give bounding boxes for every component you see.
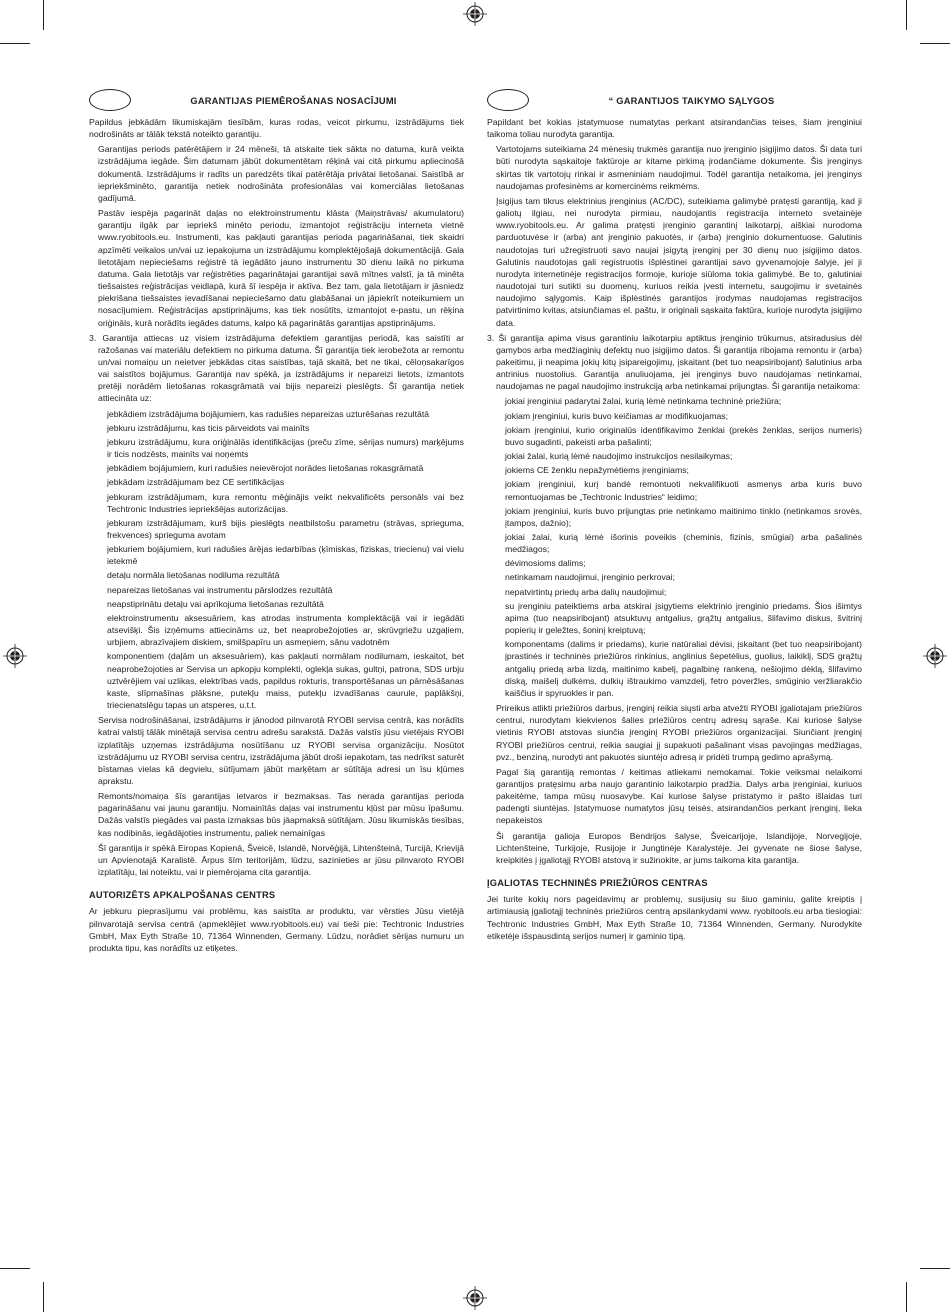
intro-paragraph: Papildant bet kokias įstatymuose numatyt… <box>487 116 862 140</box>
list-item: jokiam įrenginiui, kuris buvo keičiamas … <box>505 410 862 422</box>
repair-paragraph: Remonts/nomaiņa šīs garantijas ietvaros … <box>89 790 464 839</box>
service-center-text: Jei turite kokių nors pageidavimų ar pro… <box>487 893 862 942</box>
territory-paragraph: Šī garantija ir spēkā Eiropas Kopienā, Š… <box>89 842 464 878</box>
registration-target-icon <box>923 644 947 668</box>
list-item: nepatvirtintų priedų arba dalių naudojim… <box>505 586 862 598</box>
warranty-period-paragraph: Vartotojams suteikiama 24 mėnesių trukmė… <box>487 143 862 192</box>
section-title: “ GARANTIJOS TAIKYMO SĄLYGOS <box>487 95 862 107</box>
crop-mark-top-right-horizontal <box>920 43 950 44</box>
intro-paragraph: Papildus jebkādām likumiskajām tiesībām,… <box>89 116 464 140</box>
list-item: jebkādiem izstrādājuma bojājumiem, kas r… <box>107 408 464 420</box>
section-header: “ GARANTIJOS TAIKYMO SĄLYGOS <box>487 88 862 112</box>
list-item: dėvimosioms dalims; <box>505 557 862 569</box>
list-item: elektroinstrumentu aksesuāriem, kas atro… <box>107 612 464 648</box>
list-item: komponentiem (daļām un aksesuāriem), kas… <box>107 650 464 711</box>
list-item: komponentams (dalims ir priedams), kurie… <box>505 638 862 699</box>
warranty-period-paragraph: Garantijas periods patērētājiem ir 24 mē… <box>89 143 464 204</box>
crop-mark-bottom-left-horizontal <box>0 1268 30 1269</box>
service-center-heading: ĮGALIOTAS TECHNINĖS PRIEŽIŪROS CENTRAS <box>487 877 862 889</box>
crop-mark-top-right-vertical <box>906 0 907 30</box>
list-item: jebkuru izstrādājumu, kas ticis pārveido… <box>107 422 464 434</box>
list-item: su įrenginiu pateiktiems arba atskirai į… <box>505 600 862 636</box>
list-item: jebkādam izstrādājumam bez CE sertifikāc… <box>107 476 464 488</box>
registration-target-icon <box>463 2 487 26</box>
territory-paragraph: Ši garantija galioja Europos Bendrijos š… <box>487 830 862 866</box>
list-item: netinkamam naudojimui, įrenginio perkrov… <box>505 571 862 583</box>
list-item: jokiai įrenginiui padarytai žalai, kurią… <box>505 395 862 407</box>
list-item: neapstiprinātu detaļu vai aprīkojuma lie… <box>107 598 464 610</box>
registration-target-icon <box>3 644 27 668</box>
list-item: jokiai žalai, kurią lėmė naudojimo instr… <box>505 450 862 462</box>
service-paragraph: Servisa nodrošināšanai, izstrādājums ir … <box>89 714 464 787</box>
extended-warranty-paragraph: Įsigijus tam tikrus elektrinius įrengini… <box>487 195 862 329</box>
service-paragraph: Prireikus atlikti priežiūros darbus, įre… <box>487 702 862 763</box>
repair-paragraph: Pagal šią garantiją remontas / keitimas … <box>487 766 862 827</box>
list-item: jebkuriem bojājumiem, kuri radušies ārēj… <box>107 543 464 567</box>
crop-mark-bottom-right-horizontal <box>920 1268 950 1269</box>
list-item: jokiam įrenginiui, kurio originalūs iden… <box>505 424 862 448</box>
crop-mark-bottom-left-vertical <box>43 1282 44 1312</box>
crop-mark-top-left-vertical <box>43 0 44 30</box>
list-item: jokiam įrenginiui, kuris buvo prijungtas… <box>505 505 862 529</box>
column-lithuanian: “ GARANTIJOS TAIKYMO SĄLYGOS Papildant b… <box>487 88 862 945</box>
list-item: jebkuram izstrādājumam, kura remontu mēģ… <box>107 491 464 515</box>
column-latvian: GARANTIJAS PIEMĒROŠANAS NOSACĪJUMI Papil… <box>89 88 464 957</box>
section-title: GARANTIJAS PIEMĒROŠANAS NOSACĪJUMI <box>89 95 464 107</box>
list-item: jebkuru izstrādājumu, kura oriģinālās id… <box>107 436 464 460</box>
exclusions-list: jebkādiem izstrādājuma bojājumiem, kas r… <box>89 408 464 712</box>
list-item: jokiems CE ženklu nepažymėtiems įrengini… <box>505 464 862 476</box>
list-item: jebkuram izstrādājumam, kurš bijis piesl… <box>107 517 464 541</box>
section-header: GARANTIJAS PIEMĒROŠANAS NOSACĪJUMI <box>89 88 464 112</box>
list-item: detaļu normāla lietošanas nodiluma rezul… <box>107 569 464 581</box>
exclusions-list: jokiai įrenginiui padarytai žalai, kurią… <box>487 395 862 699</box>
service-center-heading: AUTORIZĒTS APKALPOŠANAS CENTRS <box>89 889 464 901</box>
extended-warranty-paragraph: Pastāv iespēja pagarināt daļas no elektr… <box>89 207 464 329</box>
coverage-paragraph: 3. Garantija attiecas uz visiem izstrādā… <box>89 332 464 405</box>
crop-mark-bottom-right-vertical <box>906 1282 907 1312</box>
list-item: nepareizas lietošanas vai instrumentu pā… <box>107 584 464 596</box>
service-center-text: Ar jebkuru pieprasījumu vai problēmu, ka… <box>89 905 464 954</box>
registration-target-icon <box>463 1286 487 1310</box>
list-item: jebkādiem bojājumiem, kuri radušies neie… <box>107 462 464 474</box>
crop-mark-top-left-horizontal <box>0 43 30 44</box>
coverage-paragraph: 3. Ši garantija apima visus garantiniu l… <box>487 332 862 393</box>
list-item: jokiai žalai, kurią lėmė išorinis poveik… <box>505 531 862 555</box>
list-item: jokiam įrenginiui, kurį bandė remontuoti… <box>505 478 862 502</box>
